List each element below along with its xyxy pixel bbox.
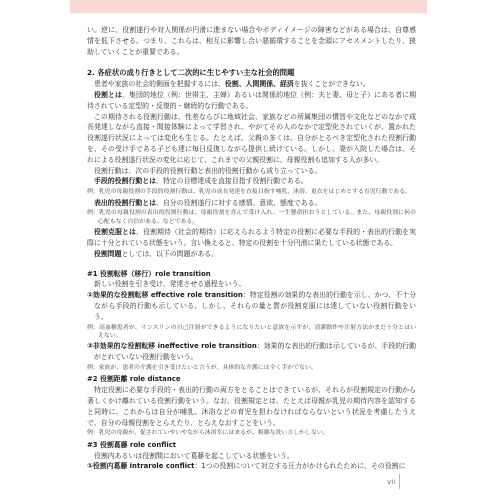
example-role-distance: 例：乳児の母親が、促されていやいやながら沐浴室には来るが、粗雑な洗い方しかしない… (87, 429, 416, 437)
text-segment: ：1つの役割について対立する圧力がかけられたために、その役割に (194, 462, 405, 470)
paragraph-role-transition-definition: 新しい役割を引き受け、発達させる過程をいう。 (87, 279, 416, 290)
paragraph-ineffective-role-transition: ②非効果的な役割転移 ineffective role transition：効… (87, 341, 416, 363)
paragraph-role-distance-definition: 特定役割に必要な手段的・表出的行動の両方をとることはできているが、それらが役割規… (87, 385, 416, 428)
text-segment: 、役割期待（社会的期待）に応えられるよう特定の役割に必要な手段的・表出的行動を実… (87, 228, 416, 247)
text-segment: としては、以下の問題がある。 (122, 250, 218, 258)
text-segment: 、集団的地位（例：世帯主、主婦）あるいは関係的地位（例：夫と妻、母と子）にある者… (87, 91, 416, 110)
example-ineffective-role-transition: 例：家族が、患者の介護を引き受けたいと言うが、具体的な介護には全く手がでない。 (87, 364, 416, 372)
paragraph-role-definition: 役割とは、集団的地位（例：世帯主、主婦）あるいは関係的地位（例：夫と妻、母と子）… (87, 90, 416, 112)
text-segment: 、自分の役割遂行に対する感情、意欲、態度である。 (156, 199, 321, 207)
bold-term-intrarole-conflict: ①役割内葛藤 intrarole conflict (87, 462, 194, 470)
page-top-accent-band (70, 0, 427, 13)
paragraph-role-mastery: 役割克服とは、役割期待（社会的期待）に応えられるよう特定の役割に必要な手段的・表… (87, 227, 416, 249)
paragraph-expressive-role-behavior: 表出的役割行動とは、自分の役割遂行に対する感情、意欲、態度である。 (87, 198, 416, 209)
bold-term-role-problems: 役割問題 (94, 250, 122, 258)
text-segment: を抜くことができない。 (294, 80, 370, 88)
page-number-rule (399, 474, 400, 489)
page-number: vii (387, 477, 395, 486)
paragraph-intrarole-conflict: ①役割内葛藤 intrarole conflict：1つの役割について対立する圧… (87, 461, 416, 472)
paragraph-role-behavior-components: 役割行動は、次の手段的役割行動と表出的役割行動から成り立っている。 (87, 166, 416, 177)
bold-term-effective-role-transition: ①効果的な役割転移 effective role transition (87, 291, 243, 299)
page-body-text: い。逆に、役割遂行や対人関係が円滑に進まない場合やボディイメージの障害などがある… (87, 25, 416, 472)
paragraph-role-behavior-learning: この期待される役割行動は、性差ならびに地域社会、家族などの所属集団の慣習や文化な… (87, 112, 416, 166)
book-page: い。逆に、役割遂行や対人関係が円滑に進まない場合やボディイメージの障害などがある… (0, 0, 500, 500)
bold-term-expressive-role-behavior: 表出的役割行動とは (94, 199, 156, 207)
section-heading: 2. 各症状の成り行きとして二次的に生じやすい主な社会的問題 (87, 68, 416, 79)
intro-paragraph: い。逆に、役割遂行や対人関係が円滑に進まない場合やボディイメージの障害などがある… (87, 25, 416, 57)
example-effective-role-transition: 例：高血糖患者が、インスリンの自己注射ができるようになりたいと意欲を示すが、清潔… (87, 324, 416, 341)
paragraph-effective-role-transition: ①効果的な役割転移 effective role transition：特定役割… (87, 290, 416, 322)
heading-role-transition: #1 役割転移（移行）role transition (87, 269, 416, 280)
example-instrumental-role: 例：乳児の母親役割の手段的役割行動は、乳児の成長発達を直接目指す哺乳、沐浴、更衣… (87, 188, 416, 196)
bold-term-role: 役割とは (94, 91, 122, 99)
paragraph-instrumental-role-behavior: 手段的役割行動とは、特定の目標達成を直接目指す役割行動である。 (87, 176, 416, 187)
bold-term-instrumental-role-behavior: 手段的役割行動とは (94, 177, 156, 185)
text-segment: 患者や家族の社会的側面を把握するには、 (94, 80, 225, 88)
example-expressive-role: 例：乳児の母親役割の表出的役割行動は、母親役割を喜んで受け入れ、一生懸命担おうと… (87, 209, 416, 226)
bold-term-role-mastery: 役割克服とは (94, 228, 136, 236)
paragraph-role-conflict-definition: 役割内あるいは役割間において葛藤を起こしている状態をいう。 (87, 451, 416, 462)
heading-role-conflict: #3 役割葛藤 role conflict (87, 440, 416, 451)
heading-role-distance: #2 役割距離 role distance (87, 374, 416, 385)
text-segment: 、特定の目標達成を直接目指す役割行動である。 (156, 177, 308, 185)
paragraph-social-aspects: 患者や家族の社会的側面を把握するには、役割、人間関係、経済を抜くことができない。 (87, 79, 416, 90)
bold-term-roles-relations-economy: 役割、人間関係、経済 (225, 80, 294, 88)
bold-term-ineffective-role-transition: ②非効果的な役割転移 ineffective role transition (87, 342, 257, 350)
paragraph-role-problems-lead: 役割問題としては、以下の問題がある。 (87, 249, 416, 260)
